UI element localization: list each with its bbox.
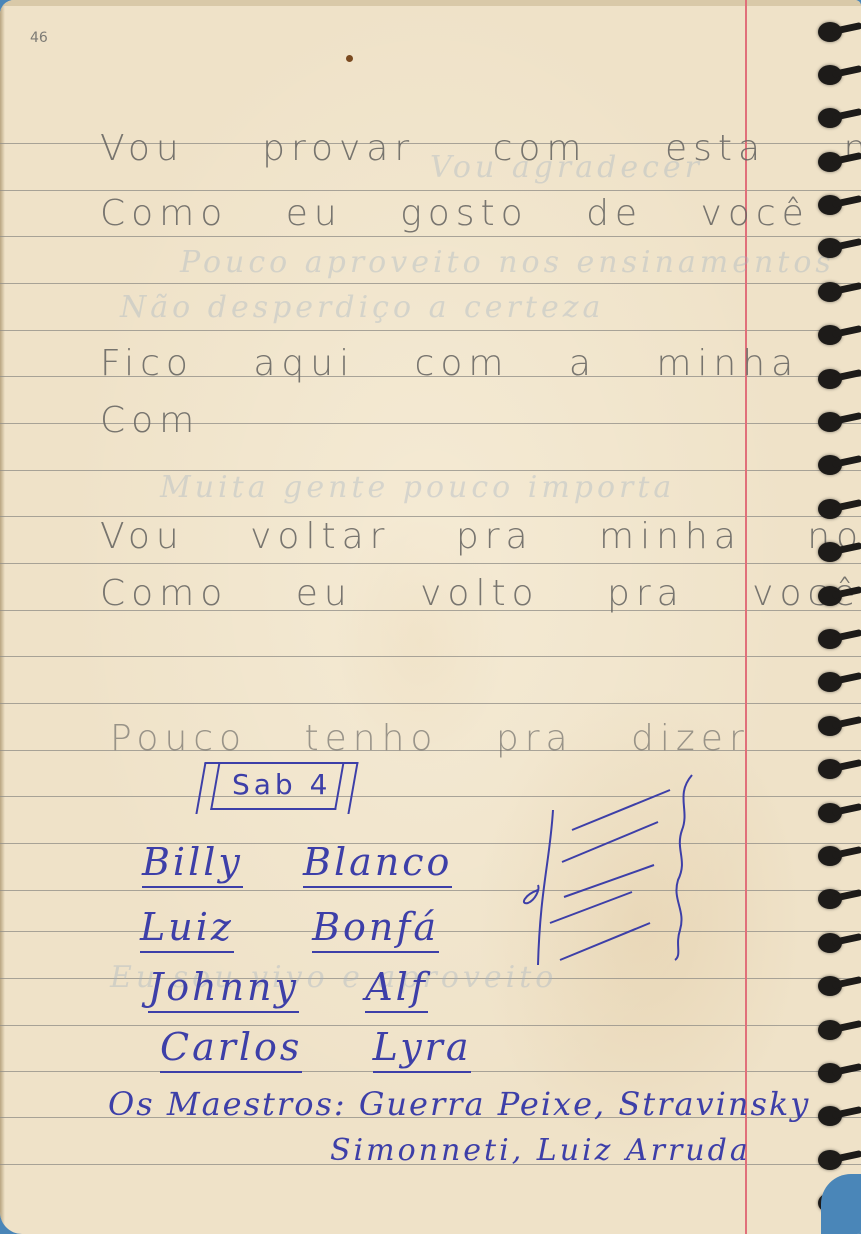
spiral-ring	[818, 238, 842, 258]
ruled-line	[0, 190, 861, 191]
spiral-ring	[818, 412, 842, 432]
page-top-edge	[0, 0, 861, 6]
spiral-ring	[818, 108, 842, 128]
spiral-ring	[818, 933, 842, 953]
lyric-line: Vou voltar pra minha nota	[100, 516, 861, 557]
ruled-line	[0, 330, 861, 331]
spiral-ring	[818, 542, 842, 562]
ruled-line	[0, 656, 861, 657]
spiral-ring	[818, 716, 842, 736]
ghost-text: Não desperdiço a certeza	[120, 290, 604, 325]
ink-spot	[346, 55, 353, 62]
spiral-ring	[818, 499, 842, 519]
lyric-line: Como eu gosto de você	[100, 193, 810, 234]
notebook-page: Vou agradecer Pouco aproveito nos ensina…	[0, 0, 861, 1234]
spiral-ring	[818, 369, 842, 389]
lyric-line: Fico aqui com a minha nota	[100, 343, 861, 384]
torn-corner	[821, 1174, 861, 1234]
spiral-ring	[818, 152, 842, 172]
boxed-note: Sab 4	[232, 768, 331, 801]
first-name: Johnny	[148, 965, 299, 1013]
maestros-line: Simonneti, Luiz Arruda	[330, 1133, 751, 1168]
spiral-ring	[818, 195, 842, 215]
spiral-ring	[818, 65, 842, 85]
ghost-text: Pouco aproveito nos ensinamentos	[180, 245, 835, 280]
ruled-line	[0, 563, 861, 564]
first-name: Carlos	[160, 1025, 302, 1073]
red-margin-line	[745, 0, 747, 1234]
last-name: Bonfá	[312, 905, 439, 953]
musician-name: Billy Blanco	[142, 840, 452, 884]
spiral-ring	[818, 1020, 842, 1040]
spiral-ring	[818, 1106, 842, 1126]
spiral-ring	[818, 976, 842, 996]
page-left-edge	[0, 0, 5, 1234]
spiral-ring	[818, 22, 842, 42]
lyric-line: Vou provar com esta nota	[100, 128, 861, 169]
staff-sketch	[520, 770, 700, 980]
musician-name: Luiz Bonfá	[140, 905, 439, 949]
spiral-ring	[818, 325, 842, 345]
spiral-ring	[818, 672, 842, 692]
spiral-ring	[818, 455, 842, 475]
ruled-line	[0, 796, 861, 797]
ruled-line	[0, 703, 861, 704]
maestros-line: Os Maestros: Guerra Peixe, Stravinsky	[108, 1085, 810, 1123]
last-name: Lyra	[373, 1025, 472, 1073]
musician-name: Johnny Alf	[148, 965, 428, 1009]
last-name: Alf	[365, 965, 428, 1013]
spiral-ring	[818, 586, 842, 606]
ruled-line	[0, 283, 861, 284]
spiral-ring	[818, 889, 842, 909]
ghost-text: Muita gente pouco importa	[160, 470, 675, 505]
spiral-ring	[818, 759, 842, 779]
musician-name: Carlos Lyra	[160, 1025, 471, 1069]
spiral-ring	[818, 1063, 842, 1083]
last-name: Blanco	[303, 840, 452, 888]
lyric-line: Pouco tenho pra dizer	[110, 718, 750, 759]
ruled-line	[0, 236, 861, 237]
lyric-line: Com	[100, 400, 200, 441]
first-name: Luiz	[140, 905, 234, 953]
spiral-ring	[818, 846, 842, 866]
spiral-ring	[818, 629, 842, 649]
spiral-ring	[818, 803, 842, 823]
lyric-line: Como eu volto pra você	[100, 573, 861, 614]
spiral-ring	[818, 282, 842, 302]
first-name: Billy	[142, 840, 243, 888]
spiral-ring	[818, 1150, 842, 1170]
page-number: 46	[30, 30, 48, 46]
ruled-line	[0, 890, 861, 891]
